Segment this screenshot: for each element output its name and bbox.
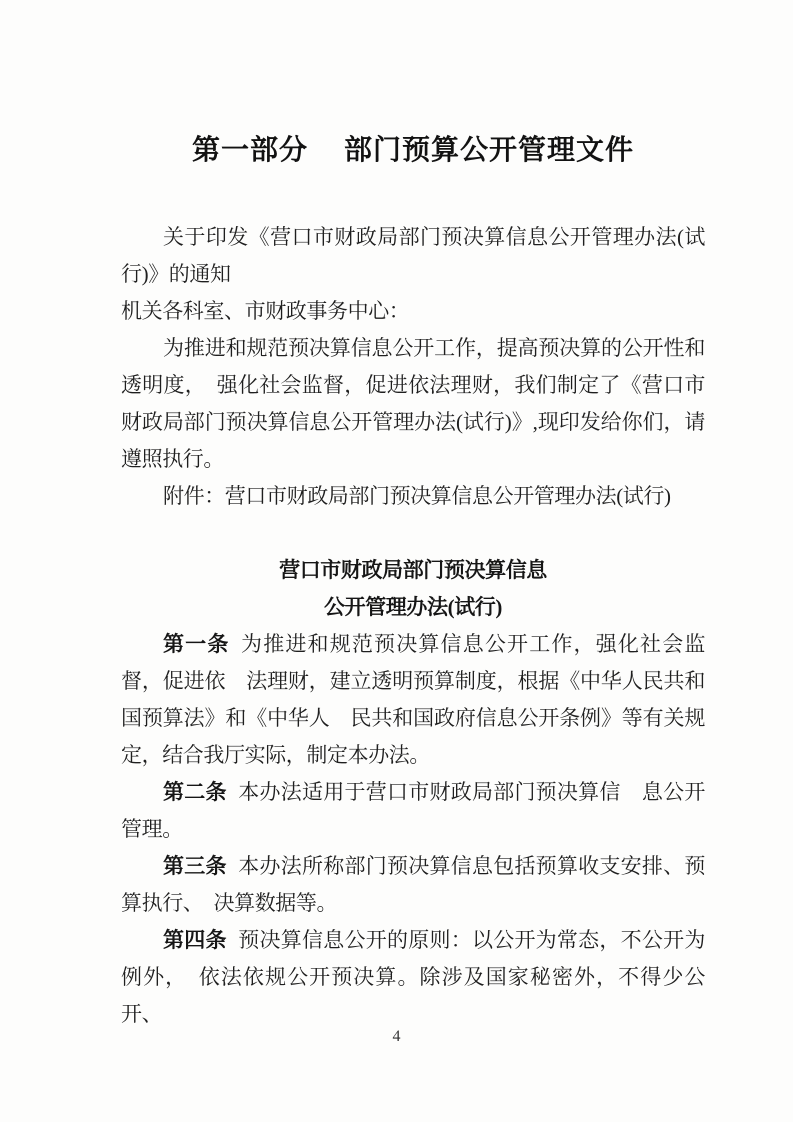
article-4: 第四条预决算信息公开的原则：以公开为常态，不公开为例外， 依法依规公开预决算。除… (121, 922, 705, 1033)
document-body: 关于印发《营口市财政局部门预决算信息公开管理办法(试行)》的通知 机关各科室、市… (121, 219, 705, 1033)
article-3: 第三条本办法所称部门预决算信息包括预算收支安排、预算执行、 决算数据等。 (121, 848, 705, 922)
page-number: 4 (0, 1028, 793, 1046)
measures-title-line2: 公开管理办法(试行) (121, 589, 705, 626)
article-1-label: 第一条 (163, 632, 230, 656)
article-3-label: 第三条 (163, 854, 227, 878)
notice-title: 关于印发《营口市财政局部门预决算信息公开管理办法(试行)》的通知 (121, 219, 705, 293)
article-2: 第二条本办法适用于营口市财政局部门预决算信 息公开管理。 (121, 774, 705, 848)
notice-body-paragraph: 为推进和规范预决算信息公开工作，提高预决算的公开性和透明度， 强化社会监督，促进… (121, 330, 705, 478)
scanned-document-page: 第一部分部门预算公开管理文件 关于印发《营口市财政局部门预决算信息公开管理办法(… (0, 0, 793, 1122)
notice-salutation: 机关各科室、市财政事务中心： (121, 293, 705, 330)
part-title-text: 部门预算公开管理文件 (344, 134, 634, 165)
notice-attachment: 附件：营口市财政局部门预决算信息公开管理办法(试行) (121, 478, 705, 515)
article-4-label: 第四条 (163, 928, 227, 952)
part-title: 第一部分部门预算公开管理文件 (121, 130, 705, 170)
article-2-label: 第二条 (163, 780, 227, 804)
article-1: 第一条为推进和规范预决算信息公开工作，强化社会监督，促进依 法理财，建立透明预算… (121, 626, 705, 774)
part-title-number: 第一部分 (192, 134, 308, 165)
measures-title: 营口市财政局部门预决算信息 公开管理办法(试行) (121, 552, 705, 626)
measures-title-line1: 营口市财政局部门预决算信息 (121, 552, 705, 589)
